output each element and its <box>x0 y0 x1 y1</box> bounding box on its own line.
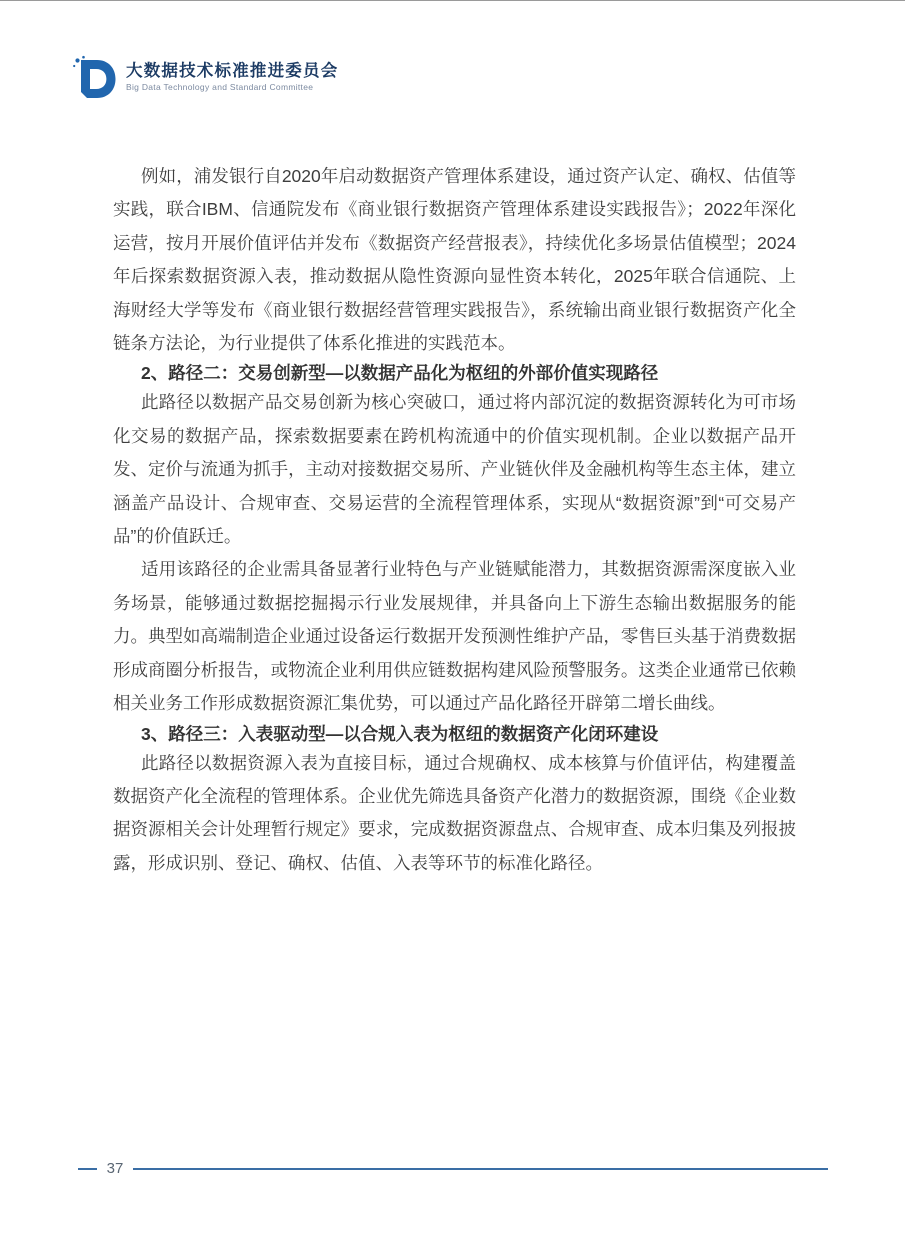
logo-chinese-name: 大数据技术标准推进委员会 <box>126 62 338 80</box>
footer-dash <box>78 1168 97 1170</box>
logo-english-name: Big Data Technology and Standard Committ… <box>126 82 338 92</box>
logo-d-icon <box>71 54 119 100</box>
logo: 大数据技术标准推进委员会 Big Data Technology and Sta… <box>71 54 338 100</box>
paragraph-path-three-intro: 此路径以数据资源入表为直接目标，通过合规确权、成本核算与价值评估，构建覆盖数据资… <box>113 747 796 881</box>
logo-text-block: 大数据技术标准推进委员会 Big Data Technology and Sta… <box>126 62 338 92</box>
heading-path-two: 2、路径二：交易创新型—以数据产品化为枢纽的外部价值实现路径 <box>113 360 796 386</box>
document-body: 例如，浦发银行自2020年启动数据资产管理体系建设，通过资产认定、确权、估值等实… <box>113 160 796 880</box>
paragraph-path-two-intro: 此路径以数据产品交易创新为核心突破口，通过将内部沉淀的数据资源转化为可市场化交易… <box>113 386 796 553</box>
paragraph-bank-example: 例如，浦发银行自2020年启动数据资产管理体系建设，通过资产认定、确权、估值等实… <box>113 160 796 360</box>
footer-rule <box>133 1168 828 1170</box>
page-number: 37 <box>99 1159 131 1179</box>
heading-path-three: 3、路径三：入表驱动型—以合规入表为枢纽的数据资产化闭环建设 <box>113 721 796 747</box>
paragraph-path-two-enterprises: 适用该路径的企业需具备显著行业特色与产业链赋能潜力，其数据资源需深度嵌入业务场景… <box>113 553 796 720</box>
document-page: 大数据技术标准推进委员会 Big Data Technology and Sta… <box>0 0 905 1238</box>
